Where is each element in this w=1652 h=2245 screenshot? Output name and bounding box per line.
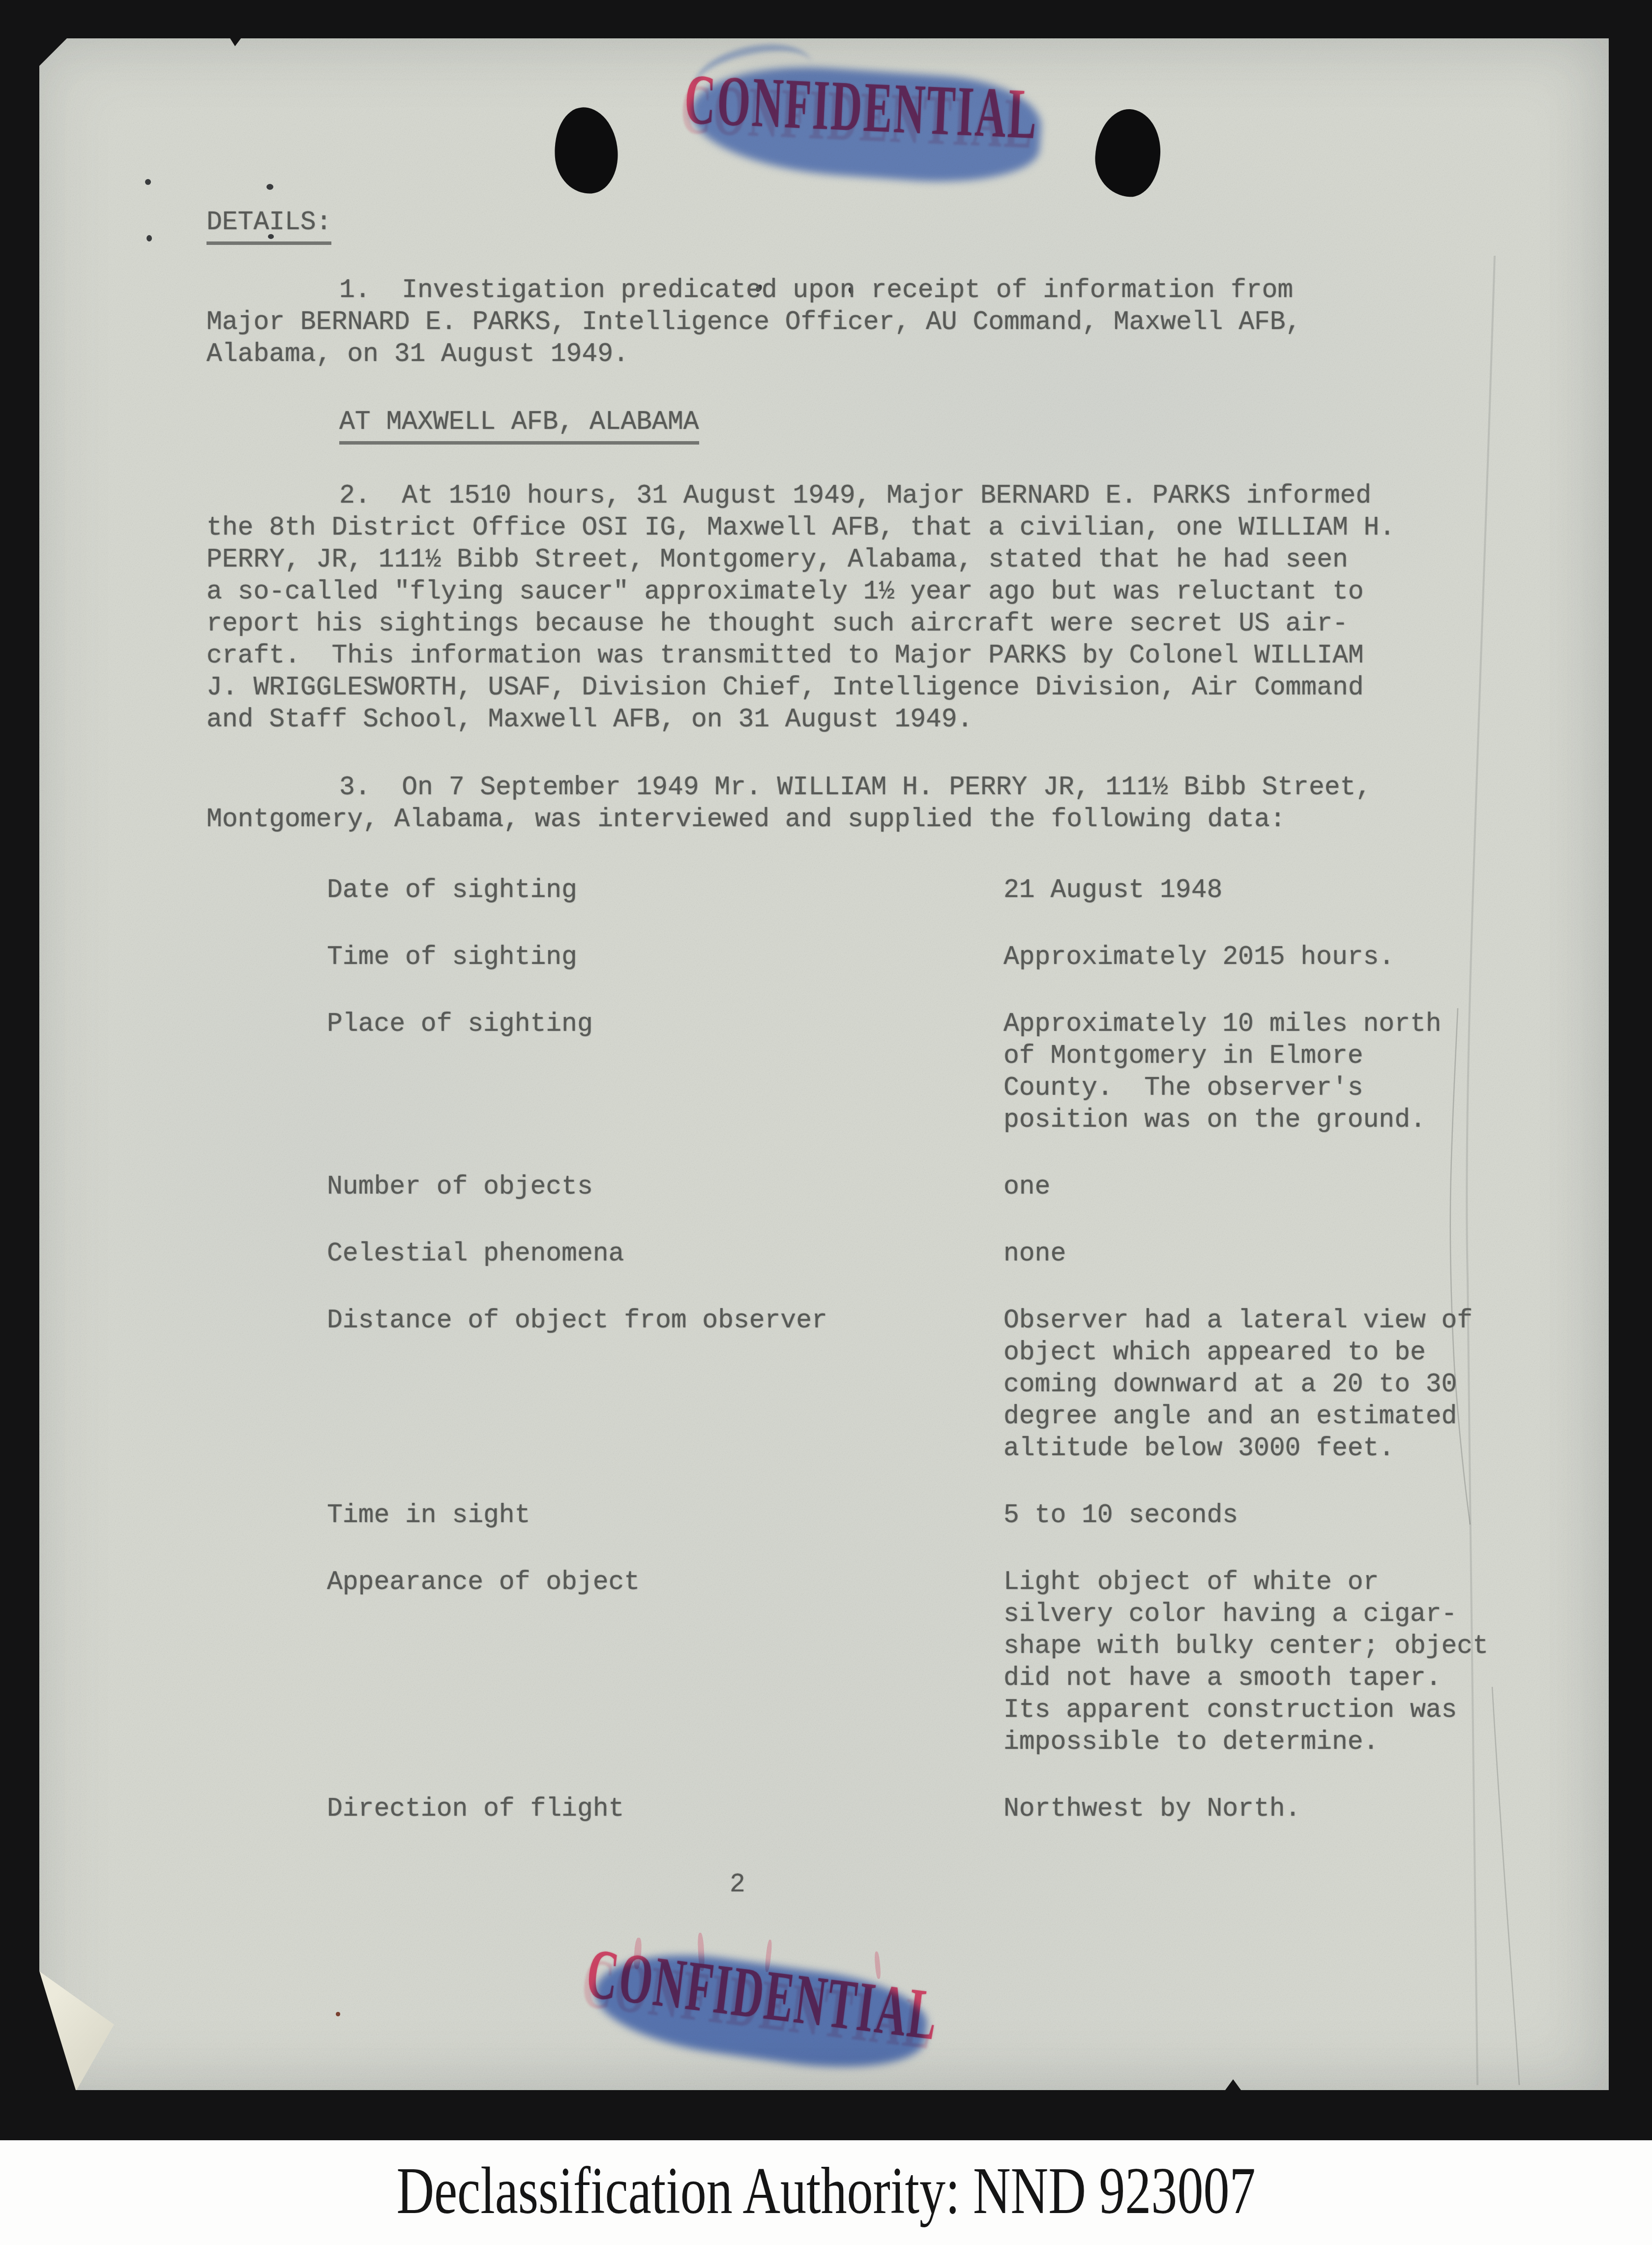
paper-speck [266, 184, 273, 190]
sighting-field-value: one [1003, 1171, 1050, 1203]
sighting-field-label: Date of sighting [327, 874, 1003, 906]
table-row: Appearance of object Light object of whi… [327, 1566, 1495, 1758]
table-row: Time in sight 5 to 10 seconds [327, 1499, 1495, 1531]
sighting-field-value: 5 to 10 seconds [1003, 1499, 1238, 1531]
sighting-field-value: Observer had a lateral view of object wh… [1003, 1305, 1473, 1465]
paper-speck [336, 2012, 340, 2016]
declassification-text: Declassification Authority: NND 923007 [396, 2154, 1255, 2228]
page-number: 2 [708, 1869, 767, 1901]
sighting-field-value: none [1003, 1238, 1066, 1270]
section-heading: AT MAXWELL AFB, ALABAMA [339, 406, 1495, 445]
sighting-field-value: Approximately 10 miles north of Montgome… [1003, 1008, 1442, 1136]
paragraph-1: 1. Investigation predicated upon receipt… [206, 274, 1495, 370]
table-row: Date of sighting 21 August 1948 [327, 874, 1495, 906]
sighting-field-value: 21 August 1948 [1003, 874, 1222, 906]
sighting-field-value: Northwest by North. [1003, 1793, 1300, 1825]
sighting-field-label: Appearance of object [327, 1566, 1003, 1758]
sighting-field-label: Time of sighting [327, 941, 1003, 973]
table-row: Distance of object from observer Observe… [327, 1305, 1495, 1465]
table-row: Time of sighting Approximately 2015 hour… [327, 941, 1495, 973]
table-row: Direction of flight Northwest by North. [327, 1793, 1495, 1825]
details-heading: DETAILS: [206, 207, 1495, 245]
paragraph-3: 3. On 7 September 1949 Mr. WILLIAM H. PE… [206, 772, 1495, 836]
sighting-field-label: Place of sighting [327, 1008, 1003, 1136]
paragraph-2: 2. At 1510 hours, 31 August 1949, Major … [206, 480, 1495, 736]
sighting-field-value: Light object of white or silvery color h… [1003, 1566, 1488, 1758]
punch-hole-left [552, 105, 620, 196]
typed-content: DETAILS: 1. Investigation predicated upo… [206, 207, 1495, 1825]
sighting-field-label: Time in sight [327, 1499, 1003, 1531]
scanned-document: CONFIDENTIAL DETAILS: 1. Investigation p… [0, 0, 1652, 2245]
sighting-field-label: Distance of object from observer [327, 1305, 1003, 1465]
section-heading-text: AT MAXWELL AFB, ALABAMA [339, 406, 699, 445]
document-page: CONFIDENTIAL DETAILS: 1. Investigation p… [39, 38, 1609, 2090]
sighting-field-label: Number of objects [327, 1171, 1003, 1203]
folded-corner [39, 1970, 114, 2091]
sighting-field-value: Approximately 2015 hours. [1003, 941, 1394, 973]
declassification-bar: Declassification Authority: NND 923007 [0, 2140, 1652, 2245]
details-heading-text: DETAILS: [206, 207, 331, 245]
paper-speck [147, 235, 152, 241]
sighting-field-label: Celestial phenomena [327, 1238, 1003, 1270]
table-row: Celestial phenomena none [327, 1238, 1495, 1270]
table-row: Place of sighting Approximately 10 miles… [327, 1008, 1495, 1136]
sighting-data-table: Date of sighting 21 August 1948 Time of … [327, 874, 1495, 1825]
paper-speck [145, 179, 151, 185]
sighting-field-label: Direction of flight [327, 1793, 1003, 1825]
table-row: Number of objects one [327, 1171, 1495, 1203]
